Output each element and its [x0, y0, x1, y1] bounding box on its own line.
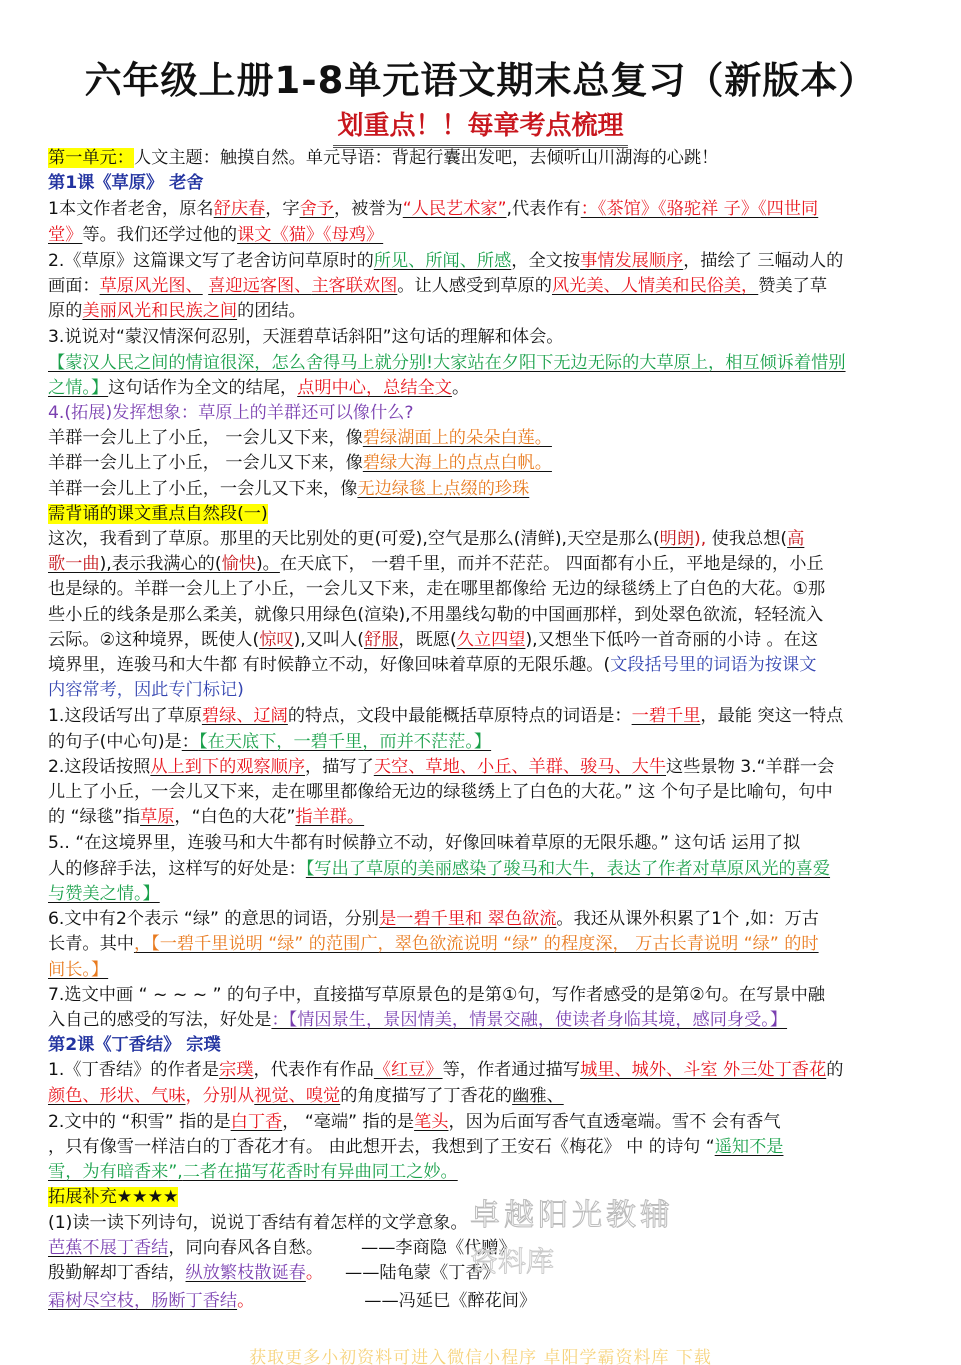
- passage-q5-cont: 人的修辞手法，这样写的好处是：【写出了草原的美丽感染了骏马和大牛，表达了作者对草…: [48, 857, 918, 882]
- page-subtitle: 划重点！！每章考点梳理: [333, 108, 627, 148]
- page-title: 六年级上册1-8单元语文期末总复习（新版本）: [0, 56, 961, 106]
- subtitle-wrap: 划重点！！每章考点梳理: [0, 108, 961, 148]
- passage-q6-cont2: 间长。】: [48, 958, 918, 983]
- lesson1-q2-cont2: 原的美丽风光和民族之间的团结。: [48, 299, 918, 324]
- document-body: 第一单元：人文主题：触摸自然。单元导语：背起行囊出发吧，去倾听山川湖海的心跳！ …: [48, 146, 918, 1314]
- passage-line: 这次，我看到了草原。那里的天比别处的更(可爱),空气是那么(清鲜),天空是那么(…: [48, 527, 918, 552]
- lesson2-heading: 第2课《丁香结》 宗璞: [48, 1033, 918, 1058]
- passage-q6: 6.文中有2个表示 “绿” 的意思的词语，分别是一碧千里和 翠色欲流。我还从课外…: [48, 907, 918, 932]
- lesson2-q1: 1.《丁香结》的作者是宗璞，代表作有作品《红豆》等，作者通过描写城里、城外、斗室…: [48, 1058, 918, 1083]
- lesson1-q3: 3.说说对“蒙汉情深何忍别，天涯碧草话斜阳”这句话的理解和体会。: [48, 325, 918, 350]
- passage-line: 内容常考，因此专门标记): [48, 678, 918, 703]
- extension-label: 拓展补充★★★★: [48, 1185, 918, 1210]
- extension-question: (1)读一读下列诗句，说说丁香结有着怎样的文学意象。: [48, 1211, 918, 1236]
- lesson2-q2-cont2: 雪，为有暗香来”,二者在描写花香时有异曲同工之妙。: [48, 1160, 918, 1185]
- unit-label: 第一单元：: [48, 148, 134, 168]
- lesson1-q1: 1本文作者老舍，原名舒庆春，字舍予，被誉为“人民艺术家”,代表作有：《茶馆》《骆…: [48, 197, 918, 222]
- lesson1-heading: 第1课《草原》 老舍: [48, 171, 918, 196]
- lesson1-q2: 2.《草原》这篇课文写了老舍访问草原时的所见、所闻、所感，全文按事情发展顺序，描…: [48, 249, 918, 274]
- passage-line: 也是绿的。羊群一会儿上了小丘，一会儿又下来，走在哪里都像给 无边的绿毯绣上了白色…: [48, 577, 918, 602]
- document-page: 六年级上册1-8单元语文期末总复习（新版本） 划重点！！每章考点梳理 第一单元：…: [0, 0, 961, 1365]
- lesson1-q4-ans1: 羊群一会儿上了小丘， 一会儿又下来，像碧绿湖面上的朵朵白莲。: [48, 426, 918, 451]
- recite-label: 需背诵的课文重点自然段(一): [48, 502, 918, 527]
- passage-line: 境界里，连骏马和大牛都 有时候静立不动，好像回味着草原的无限乐趣。(文段括号里的…: [48, 653, 918, 678]
- unit-intro: 第一单元：人文主题：触摸自然。单元导语：背起行囊出发吧，去倾听山川湖海的心跳！: [48, 146, 918, 171]
- passage-q2-cont: 儿上了小丘，一会儿又下来，走在哪里都像给无边的绿毯绣上了白色的大花。” 这 个句…: [48, 780, 918, 805]
- poem-line: 霜树尽空枝，肠断丁香结。——冯延巳《醉花间》: [48, 1289, 918, 1314]
- passage-q1-cont: 的句子(中心句)是：【在天底下，一碧千里，而并不茫茫。】: [48, 730, 918, 755]
- lesson2-q2: 2.文中的 “积雪” 指的是白丁香， “毫端” 指的是笔头，因为后面写香气直透毫…: [48, 1110, 918, 1135]
- lesson1-q4: 4.(拓展)发挥想象：草原上的羊群还可以像什么?: [48, 401, 918, 426]
- passage-q1: 1.这段话写出了草原碧绿、辽阔的特点，文段中最能概括草原特点的词语是：一碧千里，…: [48, 704, 918, 729]
- passage-q2: 2.这段话按照从上到下的观察顺序，描写了天空、草地、小丘、羊群、骏马、大牛这些景…: [48, 755, 918, 780]
- poem-line: 殷勤解却丁香结，纵放繁枝散诞春。——陆龟蒙《丁香》: [48, 1261, 918, 1286]
- lesson1-q4-ans3: 羊群一会儿上了小丘，一会儿又下来，像无边绿毯上点缀的珍珠: [48, 477, 918, 502]
- lesson1-q3-answer: 【蒙汉人民之间的情谊很深，怎么舍得马上就分别!大家站在夕阳下无边无际的大草原上，…: [48, 351, 918, 376]
- passage-q7-cont: 入自己的感受的写法，好处是：【情因景生，景因情美，情景交融，使读者身临其境，感同…: [48, 1008, 918, 1033]
- lesson1-q4-ans2: 羊群一会儿上了小丘， 一会儿又下来，像碧绿大海上的点点白帆。: [48, 451, 918, 476]
- passage-line: 歌一曲),表示我满心的(愉快)。在天底下， 一碧千里，而并不茫茫。 四面都有小丘…: [48, 552, 918, 577]
- lesson1-q2-cont: 画面：草原风光图、 喜迎远客图、主客联欢图。让人感受到草原的风光美、人情美和民俗…: [48, 274, 918, 299]
- passage-q2-cont2: 的 “绿毯”指草原，“白色的大花”指羊群。: [48, 805, 918, 830]
- passage-q5-cont2: 与赞美之情。】: [48, 882, 918, 907]
- poem-line: 芭蕉不展丁香结，同向春风各自愁。——李商隐《代赠》: [48, 1236, 918, 1261]
- lesson1-q3-answer-cont: 之情。】这句话作为全文的结尾，点明中心，总结全文。: [48, 376, 918, 401]
- passage-q6-cont: 长青。其中，【一碧千里说明 “绿” 的范围广，翠色欲流说明 “绿” 的程度深， …: [48, 932, 918, 957]
- lesson1-q1-cont: 堂》等。我们还学过他的课文《猫》《母鸡》: [48, 223, 918, 248]
- passage-q7: 7.选文中画 “ ~ ~ ~ ” 的句子中，直接描写草原景色的是第①句，写作者感…: [48, 983, 918, 1008]
- passage-line: 云际。②这种境界，既使人(惊叹),又叫人(舒服，既愿(久立四望),又想坐下低吟一…: [48, 628, 918, 653]
- footer-note: 获取更多小初资料可进入微信小程序 卓阳学霸资料库 下载: [0, 1343, 961, 1365]
- lesson2-q2-cont: ，只有像雪一样洁白的丁香花才有。 由此想开去，我想到了王安石《梅花》 中 的诗句…: [48, 1135, 918, 1160]
- passage-line: 些小丘的线条是那么柔美，就像只用绿色(渲染),不用墨线勾勒的中国画那样，到处翠色…: [48, 603, 918, 628]
- lesson2-q1-cont: 颜色、形状、气味，分别从视觉、嗅觉的角度描写了丁香花的幽雅、: [48, 1084, 918, 1109]
- passage-q5: 5.. “在这境界里，连骏马和大牛都有时候静立不动，好像回味着草原的无限乐趣。”…: [48, 831, 918, 856]
